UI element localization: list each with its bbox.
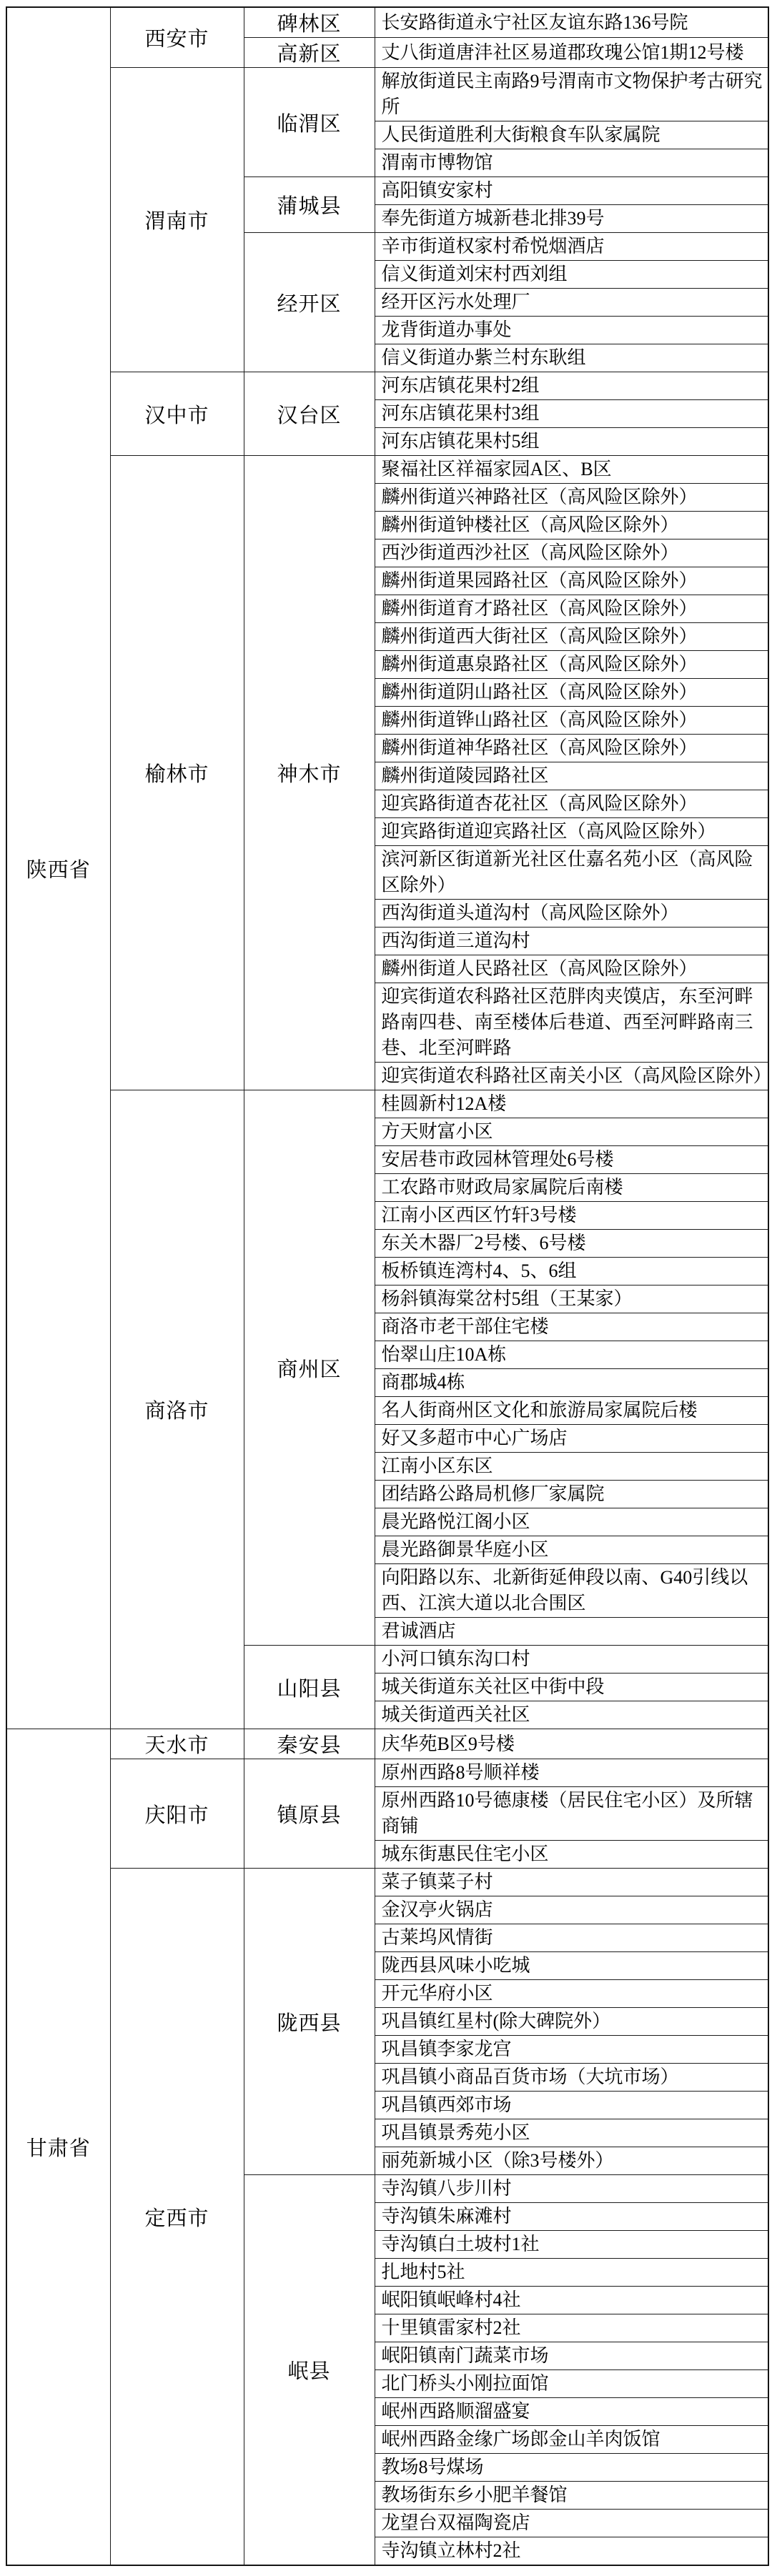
location-cell: 城关街道西关社区 (375, 1701, 768, 1729)
location-cell: 东关木器厂2号楼、6号楼 (375, 1230, 768, 1258)
location-cell: 麟州街道阴山路社区（高风险区除外） (375, 679, 768, 707)
location-cell: 渭南市博物馆 (375, 149, 768, 177)
location-cell: 工农路市财政局家属院后南楼 (375, 1174, 768, 1202)
location-cell: 河东店镇花果村5组 (375, 428, 768, 456)
location-cell: 迎宾街道农科路社区范胖肉夹馍店，东至河畔路南四巷、南至楼体后巷道、西至河畔路南三… (375, 983, 768, 1063)
district-cell: 经开区 (244, 233, 375, 372)
location-cell: 麟州街道钟楼社区（高风险区除外） (375, 512, 768, 539)
location-cell: 商郡城4栋 (375, 1369, 768, 1397)
location-cell: 经开区污水处理厂 (375, 289, 768, 317)
location-cell: 麟州街道惠泉路社区（高风险区除外） (375, 651, 768, 679)
table-row: 商洛市商州区桂圆新村12A楼 (6, 1090, 768, 1118)
table-row: 定西市陇西县菜子镇菜子村 (6, 1869, 768, 1896)
location-cell: 板桥镇连湾村4、5、6组 (375, 1258, 768, 1285)
location-cell: 麟州街道育才路社区（高风险区除外） (375, 595, 768, 623)
location-cell: 商洛市老干部住宅楼 (375, 1313, 768, 1341)
location-cell: 岷州西路顺溜盛宴 (375, 2398, 768, 2426)
location-cell: 好又多超市中心广场店 (375, 1425, 768, 1453)
location-cell: 聚福社区祥福家园A区、B区 (375, 456, 768, 484)
location-cell: 桂圆新村12A楼 (375, 1090, 768, 1118)
province-cell: 陕西省 (6, 7, 110, 1729)
location-cell: 庆华苑B区9号楼 (375, 1729, 768, 1759)
location-cell: 西沙街道西沙社区（高风险区除外） (375, 539, 768, 567)
location-cell: 信义街道刘宋村西刘组 (375, 261, 768, 289)
location-cell: 开元华府小区 (375, 1980, 768, 2008)
location-cell: 麟州街道铧山路社区（高风险区除外） (375, 707, 768, 735)
table-row: 汉中市汉台区河东店镇花果村2组 (6, 372, 768, 400)
location-cell: 人民街道胜利大街粮食车队家属院 (375, 121, 768, 149)
location-cell: 寺沟镇白土坡村1社 (375, 2231, 768, 2259)
location-cell: 安居巷市政园林管理处6号楼 (375, 1146, 768, 1174)
district-cell: 高新区 (244, 38, 375, 68)
location-cell: 寺沟镇立林村2社 (375, 2537, 768, 2566)
location-cell: 晨光路御景华庭小区 (375, 1536, 768, 1564)
district-cell: 临渭区 (244, 68, 375, 177)
table-row: 陕西省西安市碑林区长安路街道永宁社区友谊东路136号院 (6, 7, 768, 38)
location-cell: 岷阳镇岷峰村4社 (375, 2287, 768, 2314)
location-cell: 丈八街道唐沣社区易道郡玫瑰公馆1期12号楼 (375, 38, 768, 68)
district-cell: 汉台区 (244, 372, 375, 456)
city-cell: 汉中市 (110, 372, 244, 456)
location-cell: 寺沟镇八步川村 (375, 2175, 768, 2203)
location-cell: 龙背街道办事处 (375, 317, 768, 344)
location-cell: 陇西县风味小吃城 (375, 1952, 768, 1980)
location-cell: 迎宾街道农科路社区南关小区（高风险区除外） (375, 1063, 768, 1090)
city-cell: 商洛市 (110, 1090, 244, 1729)
location-cell: 城东街惠民住宅小区 (375, 1841, 768, 1869)
table-row: 甘肃省天水市秦安县庆华苑B区9号楼 (6, 1729, 768, 1759)
location-cell: 北门桥头小刚拉面馆 (375, 2370, 768, 2398)
city-cell: 西安市 (110, 7, 244, 68)
location-cell: 原州西路8号顺祥楼 (375, 1759, 768, 1787)
location-cell: 麟州街道神华路社区（高风险区除外） (375, 735, 768, 762)
location-cell: 麟州街道兴神路社区（高风险区除外） (375, 484, 768, 512)
location-cell: 麟州街道果园路社区（高风险区除外） (375, 567, 768, 595)
location-cell: 西沟街道头道沟村（高风险区除外） (375, 900, 768, 928)
location-cell: 巩昌镇西郊市场 (375, 2092, 768, 2119)
location-cell: 麟州街道西大街社区（高风险区除外） (375, 623, 768, 651)
district-cell: 镇原县 (244, 1759, 375, 1869)
city-cell: 天水市 (110, 1729, 244, 1759)
location-cell: 江南小区西区竹轩3号楼 (375, 1202, 768, 1230)
location-cell: 城关街道东关社区中街中段 (375, 1674, 768, 1701)
location-cell: 君诚酒店 (375, 1618, 768, 1646)
location-cell: 西沟街道三道沟村 (375, 928, 768, 955)
location-cell: 解放街道民主南路9号渭南市文物保护考古研究所 (375, 68, 768, 121)
location-cell: 奉先街道方城新巷北排39号 (375, 205, 768, 233)
location-cell: 怡翠山庄10A栋 (375, 1341, 768, 1369)
location-cell: 高阳镇安家村 (375, 177, 768, 205)
city-cell: 庆阳市 (110, 1759, 244, 1869)
location-cell: 金汉亭火锅店 (375, 1896, 768, 1924)
location-cell: 教场街东乡小肥羊餐馆 (375, 2482, 768, 2510)
district-cell: 秦安县 (244, 1729, 375, 1759)
document-page: 陕西省西安市碑林区长安路街道永宁社区友谊东路136号院高新区丈八街道唐沣社区易道… (0, 0, 772, 2576)
district-cell: 岷县 (244, 2175, 375, 2566)
district-cell: 碑林区 (244, 7, 375, 38)
city-cell: 渭南市 (110, 68, 244, 372)
location-cell: 巩昌镇景秀苑小区 (375, 2119, 768, 2147)
location-cell: 团结路公路局机修厂家属院 (375, 1481, 768, 1508)
location-cell: 原州西路10号德康楼（居民住宅小区）及所辖商铺 (375, 1787, 768, 1841)
location-cell: 龙望台双福陶瓷店 (375, 2510, 768, 2537)
city-cell: 榆林市 (110, 456, 244, 1090)
location-cell: 信义街道办紫兰村东耿组 (375, 344, 768, 372)
location-cell: 辛市街道权家村希悦烟酒店 (375, 233, 768, 261)
location-cell: 滨河新区街道新光社区仕嘉名苑小区（高风险区除外） (375, 846, 768, 900)
location-cell: 岷阳镇南门蔬菜市场 (375, 2342, 768, 2370)
province-cell: 甘肃省 (6, 1729, 110, 2566)
location-cell: 十里镇雷家村2社 (375, 2314, 768, 2342)
location-cell: 小河口镇东沟口村 (375, 1646, 768, 1674)
location-cell: 迎宾路街道迎宾路社区（高风险区除外） (375, 818, 768, 846)
table-row: 渭南市临渭区解放街道民主南路9号渭南市文物保护考古研究所 (6, 68, 768, 121)
table-row: 榆林市神木市聚福社区祥福家园A区、B区 (6, 456, 768, 484)
district-cell: 蒲城县 (244, 177, 375, 233)
location-cell: 方天财富小区 (375, 1118, 768, 1146)
table-row: 庆阳市镇原县原州西路8号顺祥楼 (6, 1759, 768, 1787)
location-cell: 江南小区东区 (375, 1453, 768, 1481)
city-cell: 定西市 (110, 1869, 244, 2566)
district-cell: 陇西县 (244, 1869, 375, 2175)
district-cell: 神木市 (244, 456, 375, 1090)
location-cell: 杨斜镇海棠岔村5组（王某家） (375, 1285, 768, 1313)
location-cell: 长安路街道永宁社区友谊东路136号院 (375, 7, 768, 38)
location-cell: 向阳路以东、北新街延伸段以南、G40引线以西、江滨大道以北合围区 (375, 1564, 768, 1618)
location-cell: 丽苑新城小区（除3号楼外） (375, 2147, 768, 2175)
location-cell: 扎地村5社 (375, 2259, 768, 2287)
district-cell: 山阳县 (244, 1646, 375, 1729)
district-cell: 商州区 (244, 1090, 375, 1646)
location-cell: 岷州西路金缘广场郎金山羊肉饭馆 (375, 2426, 768, 2454)
location-cell: 麟州街道人民路社区（高风险区除外） (375, 955, 768, 983)
location-cell: 河东店镇花果村2组 (375, 372, 768, 400)
location-cell: 寺沟镇朱麻滩村 (375, 2203, 768, 2231)
location-cell: 巩昌镇红星村(除大碑院外） (375, 2008, 768, 2036)
risk-area-table: 陕西省西安市碑林区长安路街道永宁社区友谊东路136号院高新区丈八街道唐沣社区易道… (6, 6, 769, 2566)
location-cell: 麟州街道陵园路社区 (375, 762, 768, 790)
risk-table-body: 陕西省西安市碑林区长安路街道永宁社区友谊东路136号院高新区丈八街道唐沣社区易道… (6, 7, 768, 2565)
location-cell: 晨光路悦江阁小区 (375, 1508, 768, 1536)
location-cell: 巩昌镇李家龙宫 (375, 2036, 768, 2064)
location-cell: 名人街商州区文化和旅游局家属院后楼 (375, 1397, 768, 1425)
location-cell: 古莱坞风情街 (375, 1924, 768, 1952)
location-cell: 巩昌镇小商品百货市场（大坑市场） (375, 2064, 768, 2092)
location-cell: 教场8号煤场 (375, 2454, 768, 2482)
location-cell: 迎宾路街道杏花社区（高风险区除外） (375, 790, 768, 818)
location-cell: 菜子镇菜子村 (375, 1869, 768, 1896)
location-cell: 河东店镇花果村3组 (375, 400, 768, 428)
